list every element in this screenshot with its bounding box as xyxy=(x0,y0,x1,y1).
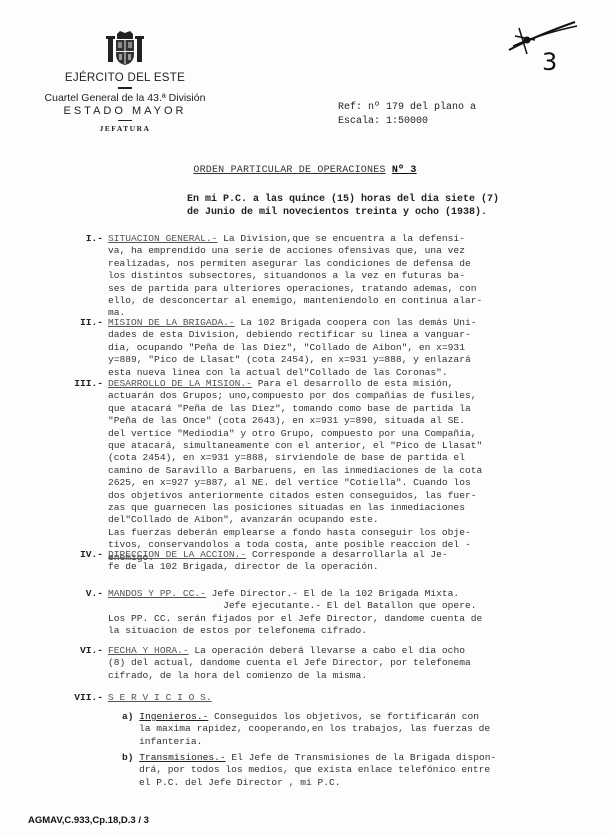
section-heading: DIRECCION DE LA ACCION.- xyxy=(108,549,246,560)
section-line: Jefe ejecutante.- El del Batallon que op… xyxy=(108,600,588,612)
section-number: II.- xyxy=(28,317,103,329)
section-body: MANDOS Y PP. CC.- Jefe Director.- El de … xyxy=(108,588,588,638)
section-line: (8) del actual, dandome cuenta el Jefe D… xyxy=(108,657,588,669)
section-number: I.- xyxy=(28,233,103,245)
section-number: VII.- xyxy=(28,692,103,704)
section-line: (cota 2454), en x=931 y=888, sirviendole… xyxy=(108,452,588,464)
section-line: SITUACION GENERAL.- La Division,que se e… xyxy=(108,233,588,245)
service-label: a) xyxy=(122,711,139,722)
section-body: MISION DE LA BRIGADA.- La 102 Brigada co… xyxy=(108,317,588,379)
section-line: y=889, "Pico de Llasat" (cota 2454), en … xyxy=(108,354,588,366)
section-line: fe de la 102 Brigada, director de la ope… xyxy=(108,561,588,573)
divider xyxy=(118,120,132,122)
headquarters-name: Cuartel General de la 43.ª División xyxy=(20,92,230,104)
service-line: drá, por todos los medios, que exista en… xyxy=(122,764,496,776)
section-line: va, ha emprendido una serie de acciones … xyxy=(108,245,588,257)
section-line: zas que guarnecen las posiciones situada… xyxy=(108,502,588,514)
section-line: "Peña de las Once" (cota 2643), en x=931… xyxy=(108,415,588,427)
section-line: dia, ocupando "Peña de las Diez", "Colla… xyxy=(108,342,588,354)
section-line: FECHA Y HORA.- La operación deberá lleva… xyxy=(108,645,588,657)
section-line: la situacion de estos por telefonema cif… xyxy=(108,625,588,637)
section-line: dades de esta Division, debiendo rectifi… xyxy=(108,329,588,341)
section-heading: FECHA Y HORA.- xyxy=(108,645,189,656)
page-number-handwritten: 3 xyxy=(542,48,557,76)
handwritten-mark: 3 xyxy=(505,16,585,76)
map-reference-plan: Ref: nº 179 del plano a xyxy=(338,101,476,115)
service-line: a) Ingenieros.- Conseguidos los objetivo… xyxy=(122,711,490,723)
coat-of-arms-icon xyxy=(105,30,145,66)
map-reference-scale: Escala: 1:50000 xyxy=(338,115,476,129)
section-line: que atacará, simultaneamente con el ante… xyxy=(108,440,588,452)
intro-line: En mi P.C. a las quince (15) horas del d… xyxy=(187,193,587,206)
service-heading: Ingenieros.- xyxy=(139,711,208,722)
section-line: DIRECCION DE LA ACCION.- Corresponde a d… xyxy=(108,549,588,561)
section-body: FECHA Y HORA.- La operación deberá lleva… xyxy=(108,645,588,682)
intro-paragraph: En mi P.C. a las quince (15) horas del d… xyxy=(187,193,587,219)
section-line: cifrado, de la hora del comienzo de la m… xyxy=(108,670,588,682)
section-heading: MANDOS Y PP. CC.- xyxy=(108,588,206,599)
section-body: S E R V I C I O S. xyxy=(108,692,588,704)
document-page: EJÉRCITO DEL ESTE Cuartel General de la … xyxy=(0,0,610,837)
service-item: b) Transmisiones.- El Jefe de Transmisio… xyxy=(122,752,496,789)
letterhead: EJÉRCITO DEL ESTE Cuartel General de la … xyxy=(20,30,230,133)
section-line: camino de Saravillo a Barbaruens, en las… xyxy=(108,465,588,477)
service-item: a) Ingenieros.- Conseguidos los objetivo… xyxy=(122,711,490,748)
section-line: Los PP. CC. serán fijados por el Jefe Di… xyxy=(108,613,588,625)
section-body: DIRECCION DE LA ACCION.- Corresponde a d… xyxy=(108,549,588,574)
section-line: Las fuerzas deberán emplearse a fondo ha… xyxy=(108,527,588,539)
section-line: S E R V I C I O S. xyxy=(108,692,588,704)
service-line: infanteria. xyxy=(122,736,490,748)
section-heading: DESARROLLO DE LA MISION.- xyxy=(108,378,252,389)
section-number: V.- xyxy=(28,588,103,600)
office-name: JEFATURA xyxy=(20,124,230,133)
section-line: DESARROLLO DE LA MISION.- Para el desarr… xyxy=(108,378,588,390)
section-line: ello, de desconcertar al enemigo, manten… xyxy=(108,295,588,307)
map-reference: Ref: nº 179 del plano a Escala: 1:50000 xyxy=(338,101,476,129)
section-line: los distintos subsectores, situandonos a… xyxy=(108,270,588,282)
army-name: EJÉRCITO DEL ESTE xyxy=(20,72,230,84)
document-title: ORDEN PARTICULAR DE OPERACIONES Nº 3 xyxy=(0,165,610,176)
section-line: del vertice "Mediodia" y otro Grupo, com… xyxy=(108,428,588,440)
title-number: Nº 3 xyxy=(392,165,417,176)
section-line: actuarán dos Grupos; uno,compuesto por d… xyxy=(108,390,588,402)
section-heading: MISION DE LA BRIGADA.- xyxy=(108,317,235,328)
section-line: 2625, en x=927 y=887, al NE. del vertice… xyxy=(108,477,588,489)
section-number: VI.- xyxy=(28,645,103,657)
section-number: IV.- xyxy=(28,549,103,561)
section-line: dos objetivos anteriormente citados este… xyxy=(108,490,588,502)
divider xyxy=(118,87,132,89)
staff-name: ESTADO MAYOR xyxy=(20,105,230,117)
service-line: la maxima rapidez, cooperando,en los tra… xyxy=(122,723,490,735)
archive-reference: AGMAV,C.933,Cp.18,D.3 / 3 xyxy=(28,815,149,826)
title-text: ORDEN PARTICULAR DE OPERACIONES xyxy=(193,165,385,176)
service-label: b) xyxy=(122,752,139,763)
section-line: del"Collado de Aibon", avanzarán ocupand… xyxy=(108,514,588,526)
section-line: que atacará "Peña de las Diez", tomando … xyxy=(108,403,588,415)
service-heading: Transmisiones.- xyxy=(139,752,225,763)
section-line: ses de partida para ulteriores operacion… xyxy=(108,283,588,295)
intro-line: de Junio de mil novecientos treinta y oc… xyxy=(187,206,587,219)
section-body: DESARROLLO DE LA MISION.- Para el desarr… xyxy=(108,378,588,564)
section-line: realizadas, nos permiten asegurar las co… xyxy=(108,258,588,270)
section-body: SITUACION GENERAL.- La Division,que se e… xyxy=(108,233,588,320)
section-heading: SITUACION GENERAL.- xyxy=(108,233,217,244)
service-line: b) Transmisiones.- El Jefe de Transmisio… xyxy=(122,752,496,764)
section-line: MISION DE LA BRIGADA.- La 102 Brigada co… xyxy=(108,317,588,329)
section-line: MANDOS Y PP. CC.- Jefe Director.- El de … xyxy=(108,588,588,600)
service-line: el P.C. del Jefe Director , mi P.C. xyxy=(122,777,496,789)
section-heading: S E R V I C I O S. xyxy=(108,692,212,703)
section-number: III.- xyxy=(28,378,103,390)
